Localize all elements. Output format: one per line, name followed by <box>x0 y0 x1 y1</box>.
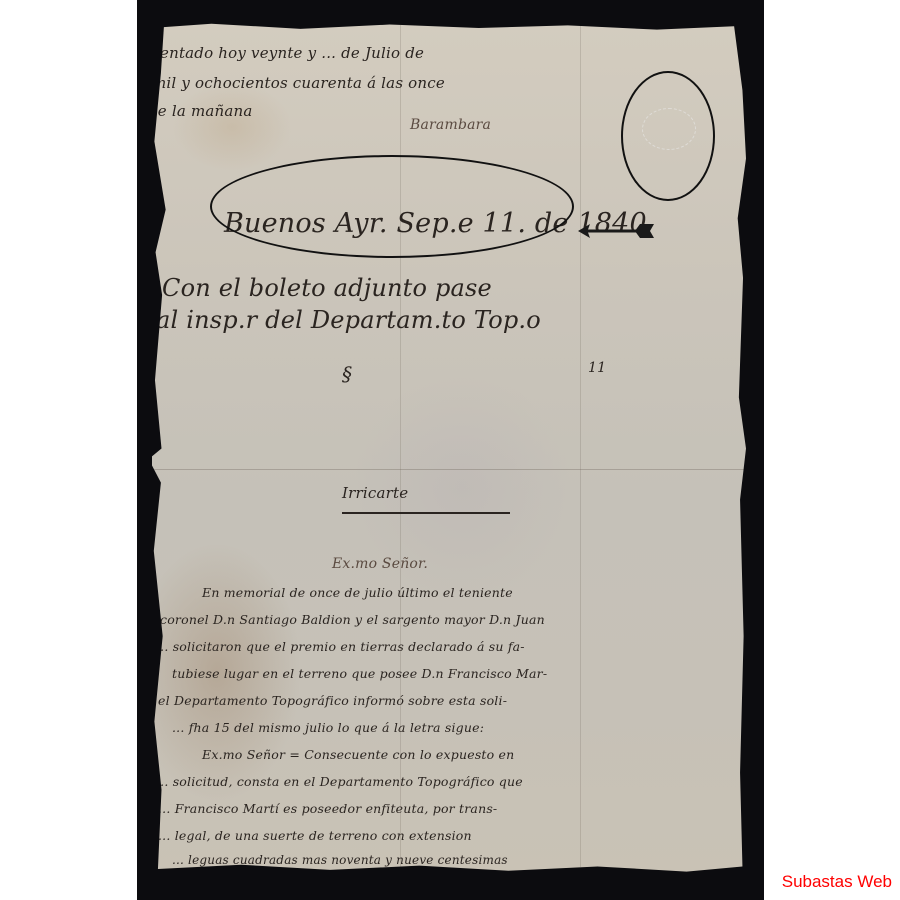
body-line: ... leguas cuadradas mas noventa y nueve… <box>172 853 508 867</box>
body-line: Ex.mo Señor = Consecuente con lo expuest… <box>202 747 514 762</box>
header-line-1: entado hoy veynte y ... de Julio de <box>160 44 424 62</box>
left-arrow-icon <box>578 222 656 240</box>
margin-mark: 11 <box>588 360 606 376</box>
header-line-3: de la mañana <box>148 102 253 120</box>
body-line: ... Francisco Martí es poseedor enfiteut… <box>158 801 497 816</box>
age-stain <box>172 82 292 172</box>
fold-line <box>580 22 581 875</box>
rubric-flourish: § <box>342 362 352 386</box>
body-line: ... solicitaron que el premio en tierras… <box>156 639 525 654</box>
body-top-line-1: Con el boleto adjunto pase <box>162 274 492 302</box>
watermark-label: Subastas Web <box>782 872 892 892</box>
body-line: coronel D.n Santiago Baldion y el sargen… <box>160 612 545 627</box>
body-line: tubiese lugar en el terreno que posee D.… <box>172 666 547 681</box>
body-line: En memorial de once de julio último el t… <box>202 585 513 600</box>
signature-underline <box>342 512 510 514</box>
body-line: ... legal, de una suerte de terreno con … <box>158 828 472 843</box>
fold-line <box>152 469 746 470</box>
highlight-ellipse <box>210 155 574 258</box>
signature-top: Barambara <box>410 117 491 133</box>
body-top-line-2: al insp.r del Departam.to Top.o <box>156 306 541 334</box>
body-line: el Departamento Topográfico informó sobr… <box>158 693 507 708</box>
body-line: ... solicitud, consta en el Departamento… <box>156 774 523 789</box>
embossed-seal <box>642 108 696 150</box>
salutation: Ex.mo Señor. <box>332 556 428 572</box>
body-line: ... fha 15 del mismo julio lo que á la l… <box>172 720 484 735</box>
header-line-2: mil y ochocientos cuarenta á las once <box>152 74 445 92</box>
signature-middle: Irricarte <box>342 484 408 502</box>
